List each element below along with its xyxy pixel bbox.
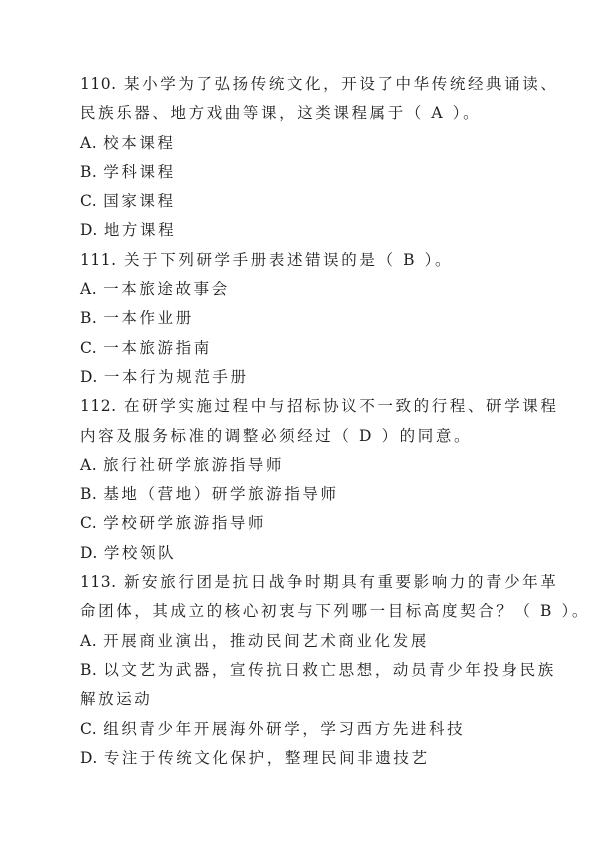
question-stem-line: 民族乐器、地方戏曲等课，这类课程属于（ A ）。 (80, 99, 530, 128)
option-text: 基地（营地）研学旅游指导师 (103, 485, 338, 503)
option-text: 学校领队 (104, 544, 176, 562)
option-letter: B. (80, 309, 97, 327)
question-111: 111. 关于下列研学手册表述错误的是（ B ）。 A.一本旅途故事会 B.一本… (80, 246, 530, 392)
option-text: 学科课程 (103, 163, 175, 181)
question-110: 110. 某小学为了弘扬传统文化，开设了中华传统经典诵读、 民族乐器、地方戏曲等… (80, 70, 530, 246)
question-number: 112. (80, 397, 117, 415)
question-stem-line: 113. 新安旅行团是抗日战争时期具有重要影响力的青少年革 (80, 568, 530, 597)
option-letter: D. (80, 368, 98, 386)
option-d: D.地方课程 (80, 216, 530, 245)
option-b: B.学科课程 (80, 158, 530, 187)
stem-text: 内容及服务标准的调整必须经过（ D ）的同意。 (80, 427, 472, 445)
option-letter: A. (80, 134, 97, 152)
option-letter: D. (80, 221, 98, 239)
option-letter: D. (80, 749, 98, 767)
option-text: 旅行社研学旅游指导师 (103, 456, 284, 474)
question-stem-line: 命团体，其成立的核心初衷与下列哪一目标高度契合？（ B ）。 (80, 597, 530, 626)
option-letter: C. (80, 514, 97, 532)
option-text: 一本旅途故事会 (103, 280, 230, 298)
option-letter: A. (80, 456, 97, 474)
option-text: 专注于传统文化保护，整理民间非遗技艺 (104, 749, 430, 767)
question-stem-line: 内容及服务标准的调整必须经过（ D ）的同意。 (80, 422, 530, 451)
question-list: 110. 某小学为了弘扬传统文化，开设了中华传统经典诵读、 民族乐器、地方戏曲等… (80, 70, 530, 773)
option-letter: B. (80, 485, 97, 503)
stem-text: 关于下列研学手册表述错误的是（ B ）。 (124, 251, 453, 269)
option-d: D.学校领队 (80, 539, 530, 568)
question-113: 113. 新安旅行团是抗日战争时期具有重要影响力的青少年革 命团体，其成立的核心… (80, 568, 530, 773)
option-c: C.一本旅游指南 (80, 334, 530, 363)
question-stem-line: 112. 在研学实施过程中与招标协议不一致的行程、研学课程 (80, 392, 530, 421)
question-number: 113. (80, 573, 117, 591)
option-b: B.以文艺为武器，宣传抗日救亡思想，动员青少年投身民族 (80, 656, 530, 685)
option-letter: C. (80, 339, 97, 357)
option-text: 地方课程 (104, 221, 176, 239)
option-letter: A. (80, 280, 97, 298)
option-b-continuation: 解放运动 (80, 685, 530, 714)
option-letter: C. (80, 720, 97, 738)
option-letter: D. (80, 544, 98, 562)
option-letter: C. (80, 192, 97, 210)
option-c: C.国家课程 (80, 187, 530, 216)
option-text: 组织青少年开展海外研学，学习西方先进科技 (103, 720, 465, 738)
stem-text: 某小学为了弘扬传统文化，开设了中华传统经典诵读、 (124, 75, 558, 93)
option-b: B.基地（营地）研学旅游指导师 (80, 480, 530, 509)
option-letter: B. (80, 163, 97, 181)
option-text: 解放运动 (80, 690, 152, 708)
option-text: 学校研学旅游指导师 (103, 514, 266, 532)
stem-text: 新安旅行团是抗日战争时期具有重要影响力的青少年革 (124, 573, 558, 591)
option-letter: A. (80, 632, 97, 650)
option-c: C.学校研学旅游指导师 (80, 509, 530, 538)
option-a: A.开展商业演出，推动民间艺术商业化发展 (80, 627, 530, 656)
option-text: 一本作业册 (103, 309, 194, 327)
option-c: C.组织青少年开展海外研学，学习西方先进科技 (80, 715, 530, 744)
option-a: A.旅行社研学旅游指导师 (80, 451, 530, 480)
stem-text: 命团体，其成立的核心初衷与下列哪一目标高度契合？（ B ）。 (80, 602, 590, 620)
option-text: 一本行为规范手册 (104, 368, 249, 386)
question-stem-line: 110. 某小学为了弘扬传统文化，开设了中华传统经典诵读、 (80, 70, 530, 99)
stem-text: 在研学实施过程中与招标协议不一致的行程、研学课程 (124, 397, 558, 415)
question-112: 112. 在研学实施过程中与招标协议不一致的行程、研学课程 内容及服务标准的调整… (80, 392, 530, 568)
document-page: 110. 某小学为了弘扬传统文化，开设了中华传统经典诵读、 民族乐器、地方戏曲等… (0, 0, 600, 849)
option-text: 一本旅游指南 (103, 339, 212, 357)
option-a: A.校本课程 (80, 129, 530, 158)
option-letter: B. (80, 661, 97, 679)
question-number: 110. (80, 75, 117, 93)
question-number: 111. (80, 251, 117, 269)
option-b: B.一本作业册 (80, 304, 530, 333)
option-text: 开展商业演出，推动民间艺术商业化发展 (103, 632, 429, 650)
option-text: 校本课程 (103, 134, 175, 152)
option-a: A.一本旅途故事会 (80, 275, 530, 304)
option-text: 国家课程 (103, 192, 175, 210)
option-d: D.专注于传统文化保护，整理民间非遗技艺 (80, 744, 530, 773)
option-d: D.一本行为规范手册 (80, 363, 530, 392)
stem-text: 民族乐器、地方戏曲等课，这类课程属于（ A ）。 (80, 104, 481, 122)
question-stem-line: 111. 关于下列研学手册表述错误的是（ B ）。 (80, 246, 530, 275)
option-text: 以文艺为武器，宣传抗日救亡思想，动员青少年投身民族 (103, 661, 556, 679)
